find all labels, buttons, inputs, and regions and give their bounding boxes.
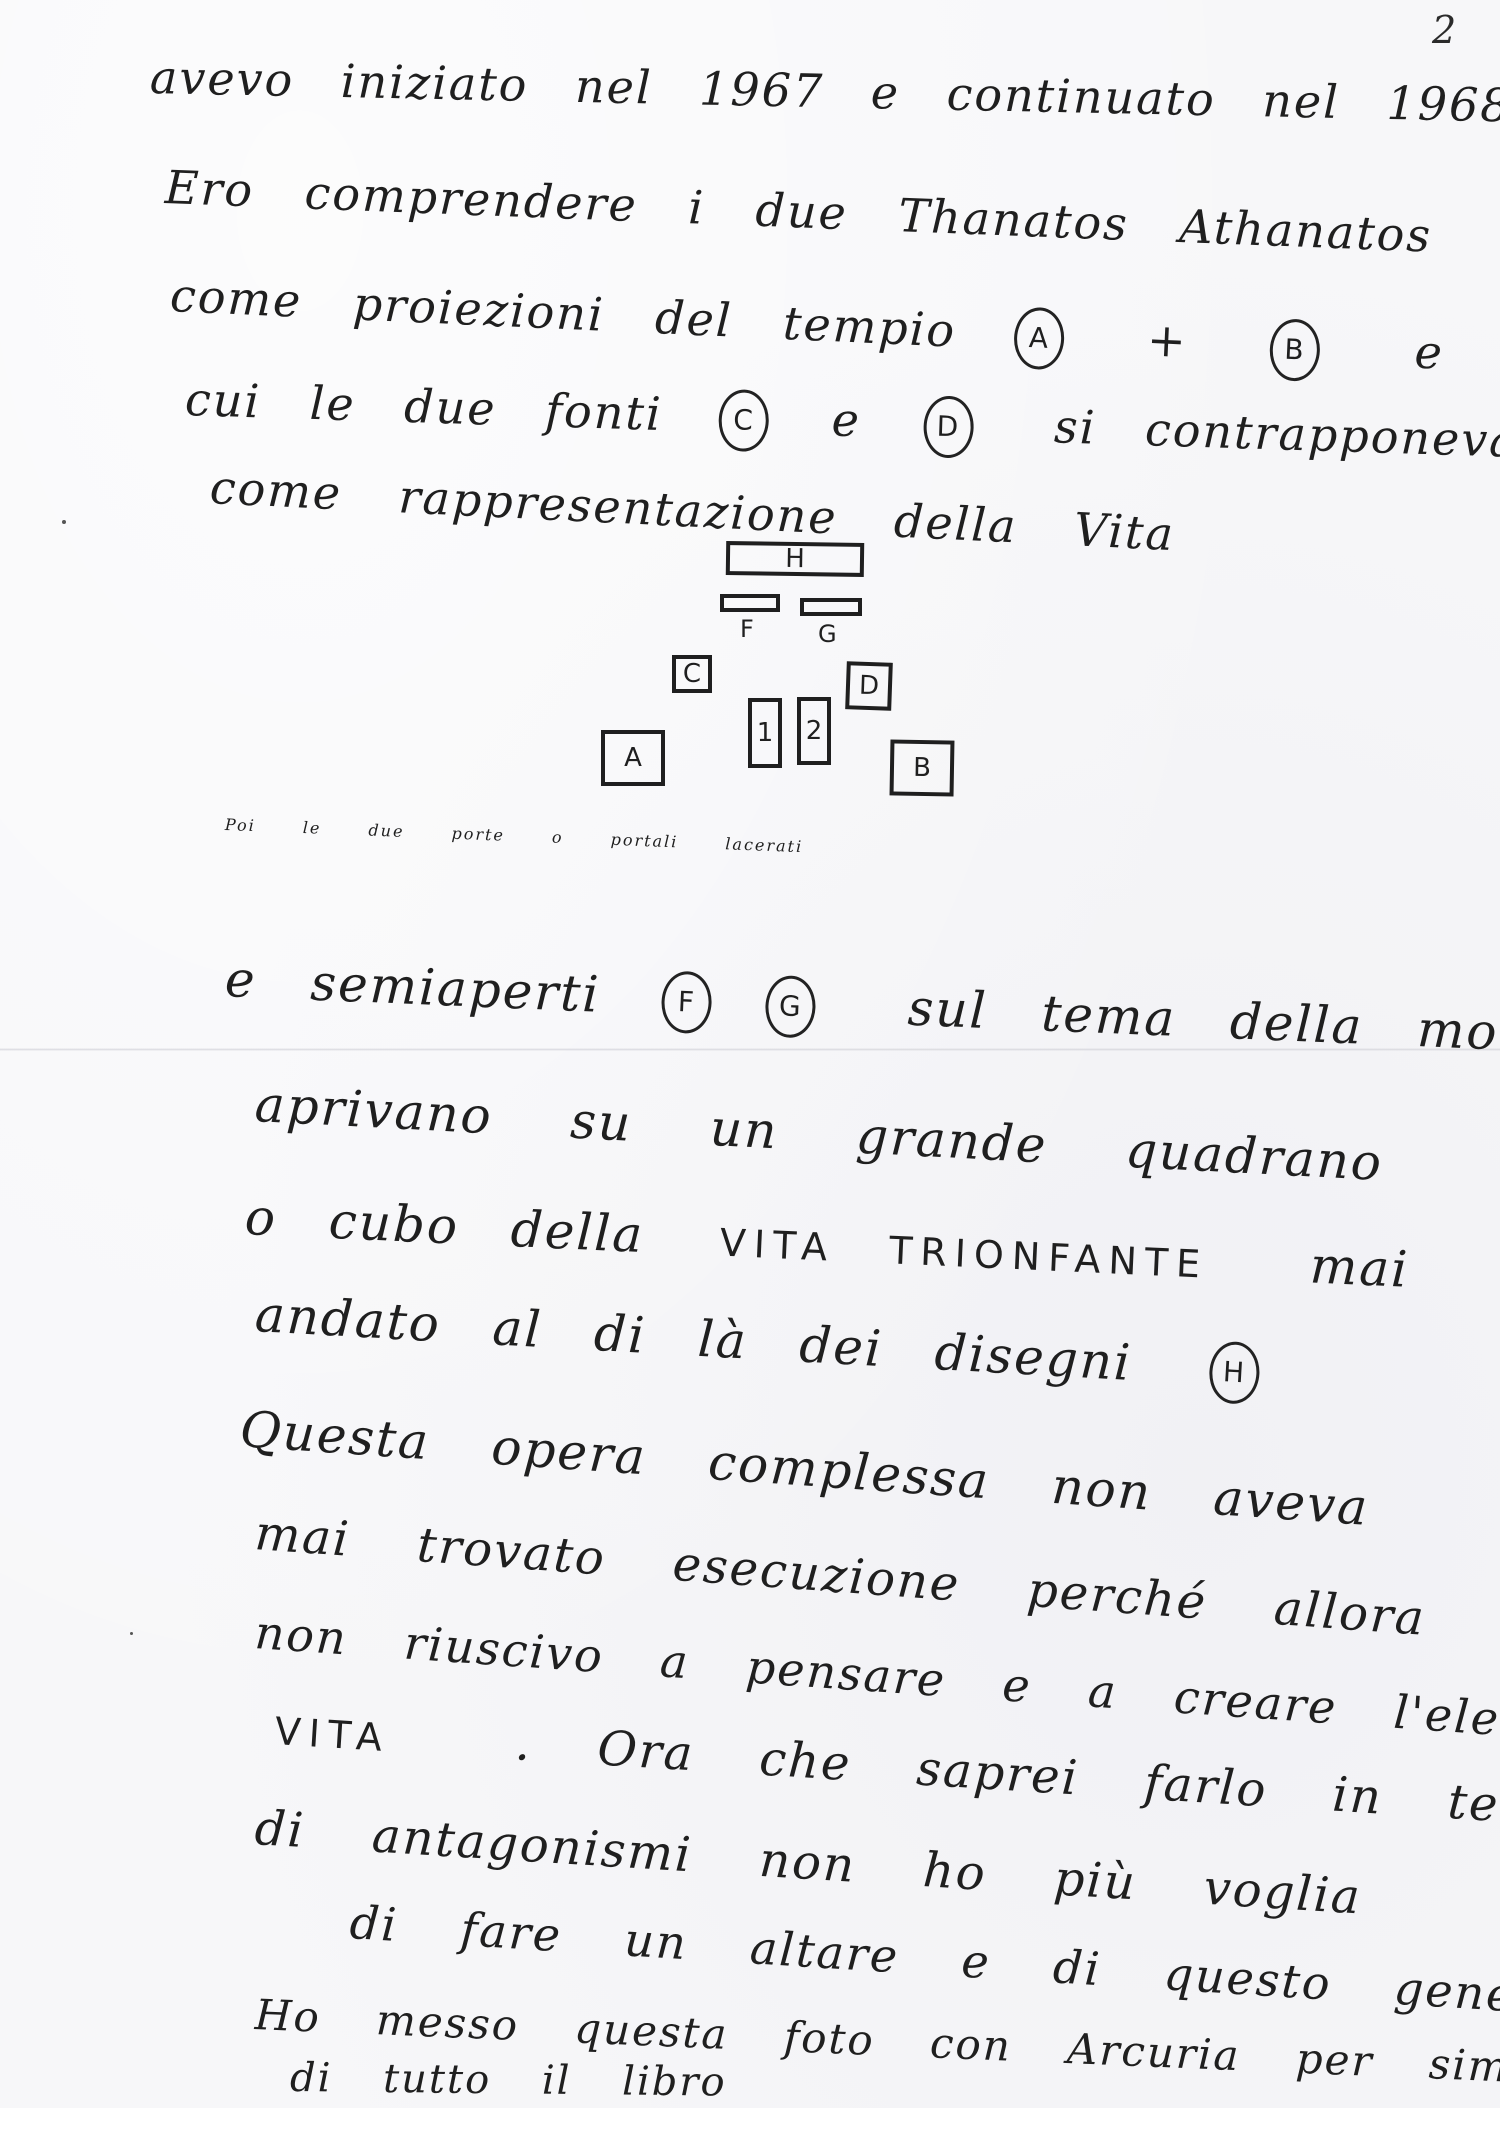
circled-letter-b: B	[1269, 318, 1322, 382]
circled-letter-h: H	[1208, 1340, 1261, 1405]
circled-letter-c: C	[718, 389, 770, 453]
plus-sign: +	[1146, 312, 1189, 368]
ink-speck	[62, 520, 66, 524]
page-number: 2	[1432, 8, 1456, 52]
circled-letter-g: G	[765, 975, 818, 1039]
circled-letter-f: F	[661, 970, 714, 1034]
circled-letter-a: A	[1013, 306, 1066, 370]
line-text: mai	[1309, 1236, 1411, 1298]
caps-text-vita: VITA	[273, 1709, 391, 1760]
handwritten-line-18: di tutto il libro	[290, 2055, 727, 2106]
line-text: e	[1414, 325, 1446, 380]
line-text: e	[831, 392, 862, 447]
line-text: di tutto il libro	[290, 2055, 727, 2106]
ink-speck	[130, 1632, 133, 1635]
circled-letter-d: D	[923, 395, 975, 459]
